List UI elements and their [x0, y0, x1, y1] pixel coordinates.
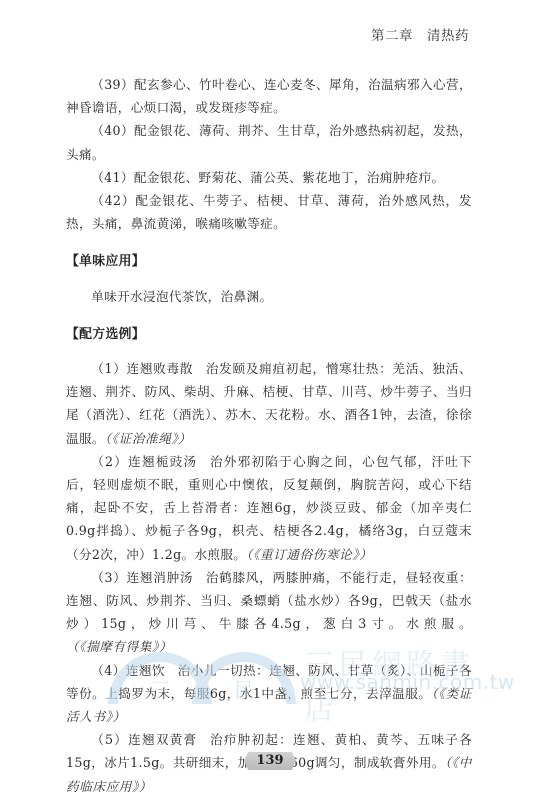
- formula-number: （2）: [91, 454, 128, 469]
- compatibility-item: （42）配金银花、牛蒡子、桔梗、甘草、薄荷，治外感风热，发热，头痛，鼻流黄涕，喉…: [66, 189, 472, 235]
- formula-item: （3）连翘消肿汤治鹤膝风，两膝肿痛，不能行走，昼轻夜重：连翘、防风、炒荆芥、当归…: [66, 566, 472, 659]
- formula-text: 治外邪初陷于心胸之间，心包气郁，汗吐下后，轻则虚烦不眠，重则心中懊侬，反复颠倒，…: [66, 454, 472, 562]
- formula-number: （1）: [91, 361, 126, 376]
- formula-item: （1）连翘败毒散治发颐及痈疽初起，憎寒壮热：羌活、独活、连翘、荆芥、防风、柴胡、…: [66, 357, 472, 450]
- formula-item: （2）连翘栀豉汤治外邪初陷于心胸之间，心包气郁，汗吐下后，轻则虚烦不眠，重则心中…: [66, 450, 472, 566]
- formula-number: （5）: [91, 732, 128, 747]
- formula-source: （《证治准绳》）: [105, 431, 192, 446]
- formula-source: （《揣摩有得集》）: [66, 639, 172, 654]
- item-text: 配金银花、野菊花、蒲公英、紫花地丁，治痈肿疮疖。: [134, 170, 445, 185]
- formula-name: 连翘消肿汤: [127, 570, 194, 585]
- chapter-number: 第二章: [371, 28, 413, 44]
- single-use-text: 单味开水浸泡代茶饮，治鼻渊。: [66, 285, 472, 308]
- formula-name: 连翘饮: [126, 663, 165, 678]
- page-number: 139: [244, 752, 296, 770]
- formula-item: （4）连翘饮治小儿一切热：连翘、防风、甘草（炙）、山栀子各等份。上捣罗为末，每服…: [66, 659, 472, 729]
- formula-number: （4）: [91, 663, 126, 678]
- section-heading-single-use: 【单味应用】: [66, 250, 472, 273]
- formula-name: 连翘双黄膏: [128, 732, 197, 747]
- item-number: （39）: [91, 77, 134, 92]
- chapter-title: 清热药: [427, 28, 469, 44]
- compatibility-item: （39）配玄参心、竹叶卷心、连心麦冬、犀角，治温病邪入心营，神昏谵语，心烦口渴，…: [66, 73, 472, 119]
- compatibility-item: （41）配金银花、野菊花、蒲公英、紫花地丁，治痈肿疮疖。: [66, 166, 472, 189]
- formula-source: （《重订通俗伤寒论》）: [246, 547, 372, 562]
- formula-name: 连翘败毒散: [127, 361, 194, 376]
- running-header: 第二章 清热药: [371, 24, 469, 44]
- item-number: （41）: [91, 170, 134, 185]
- item-number: （42）: [91, 193, 135, 208]
- formula-number: （3）: [91, 570, 126, 585]
- section-heading-formulas: 【配方选例】: [66, 323, 472, 346]
- page-body: （39）配玄参心、竹叶卷心、连心麦冬、犀角，治温病邪入心营，神昏谵语，心烦口渴，…: [66, 73, 472, 798]
- compatibility-item: （40）配金银花、薄荷、荆芥、生甘草，治外感热病初起，发热，头痛。: [66, 119, 472, 165]
- formula-name: 连翘栀豉汤: [128, 454, 197, 469]
- item-number: （40）: [91, 123, 134, 138]
